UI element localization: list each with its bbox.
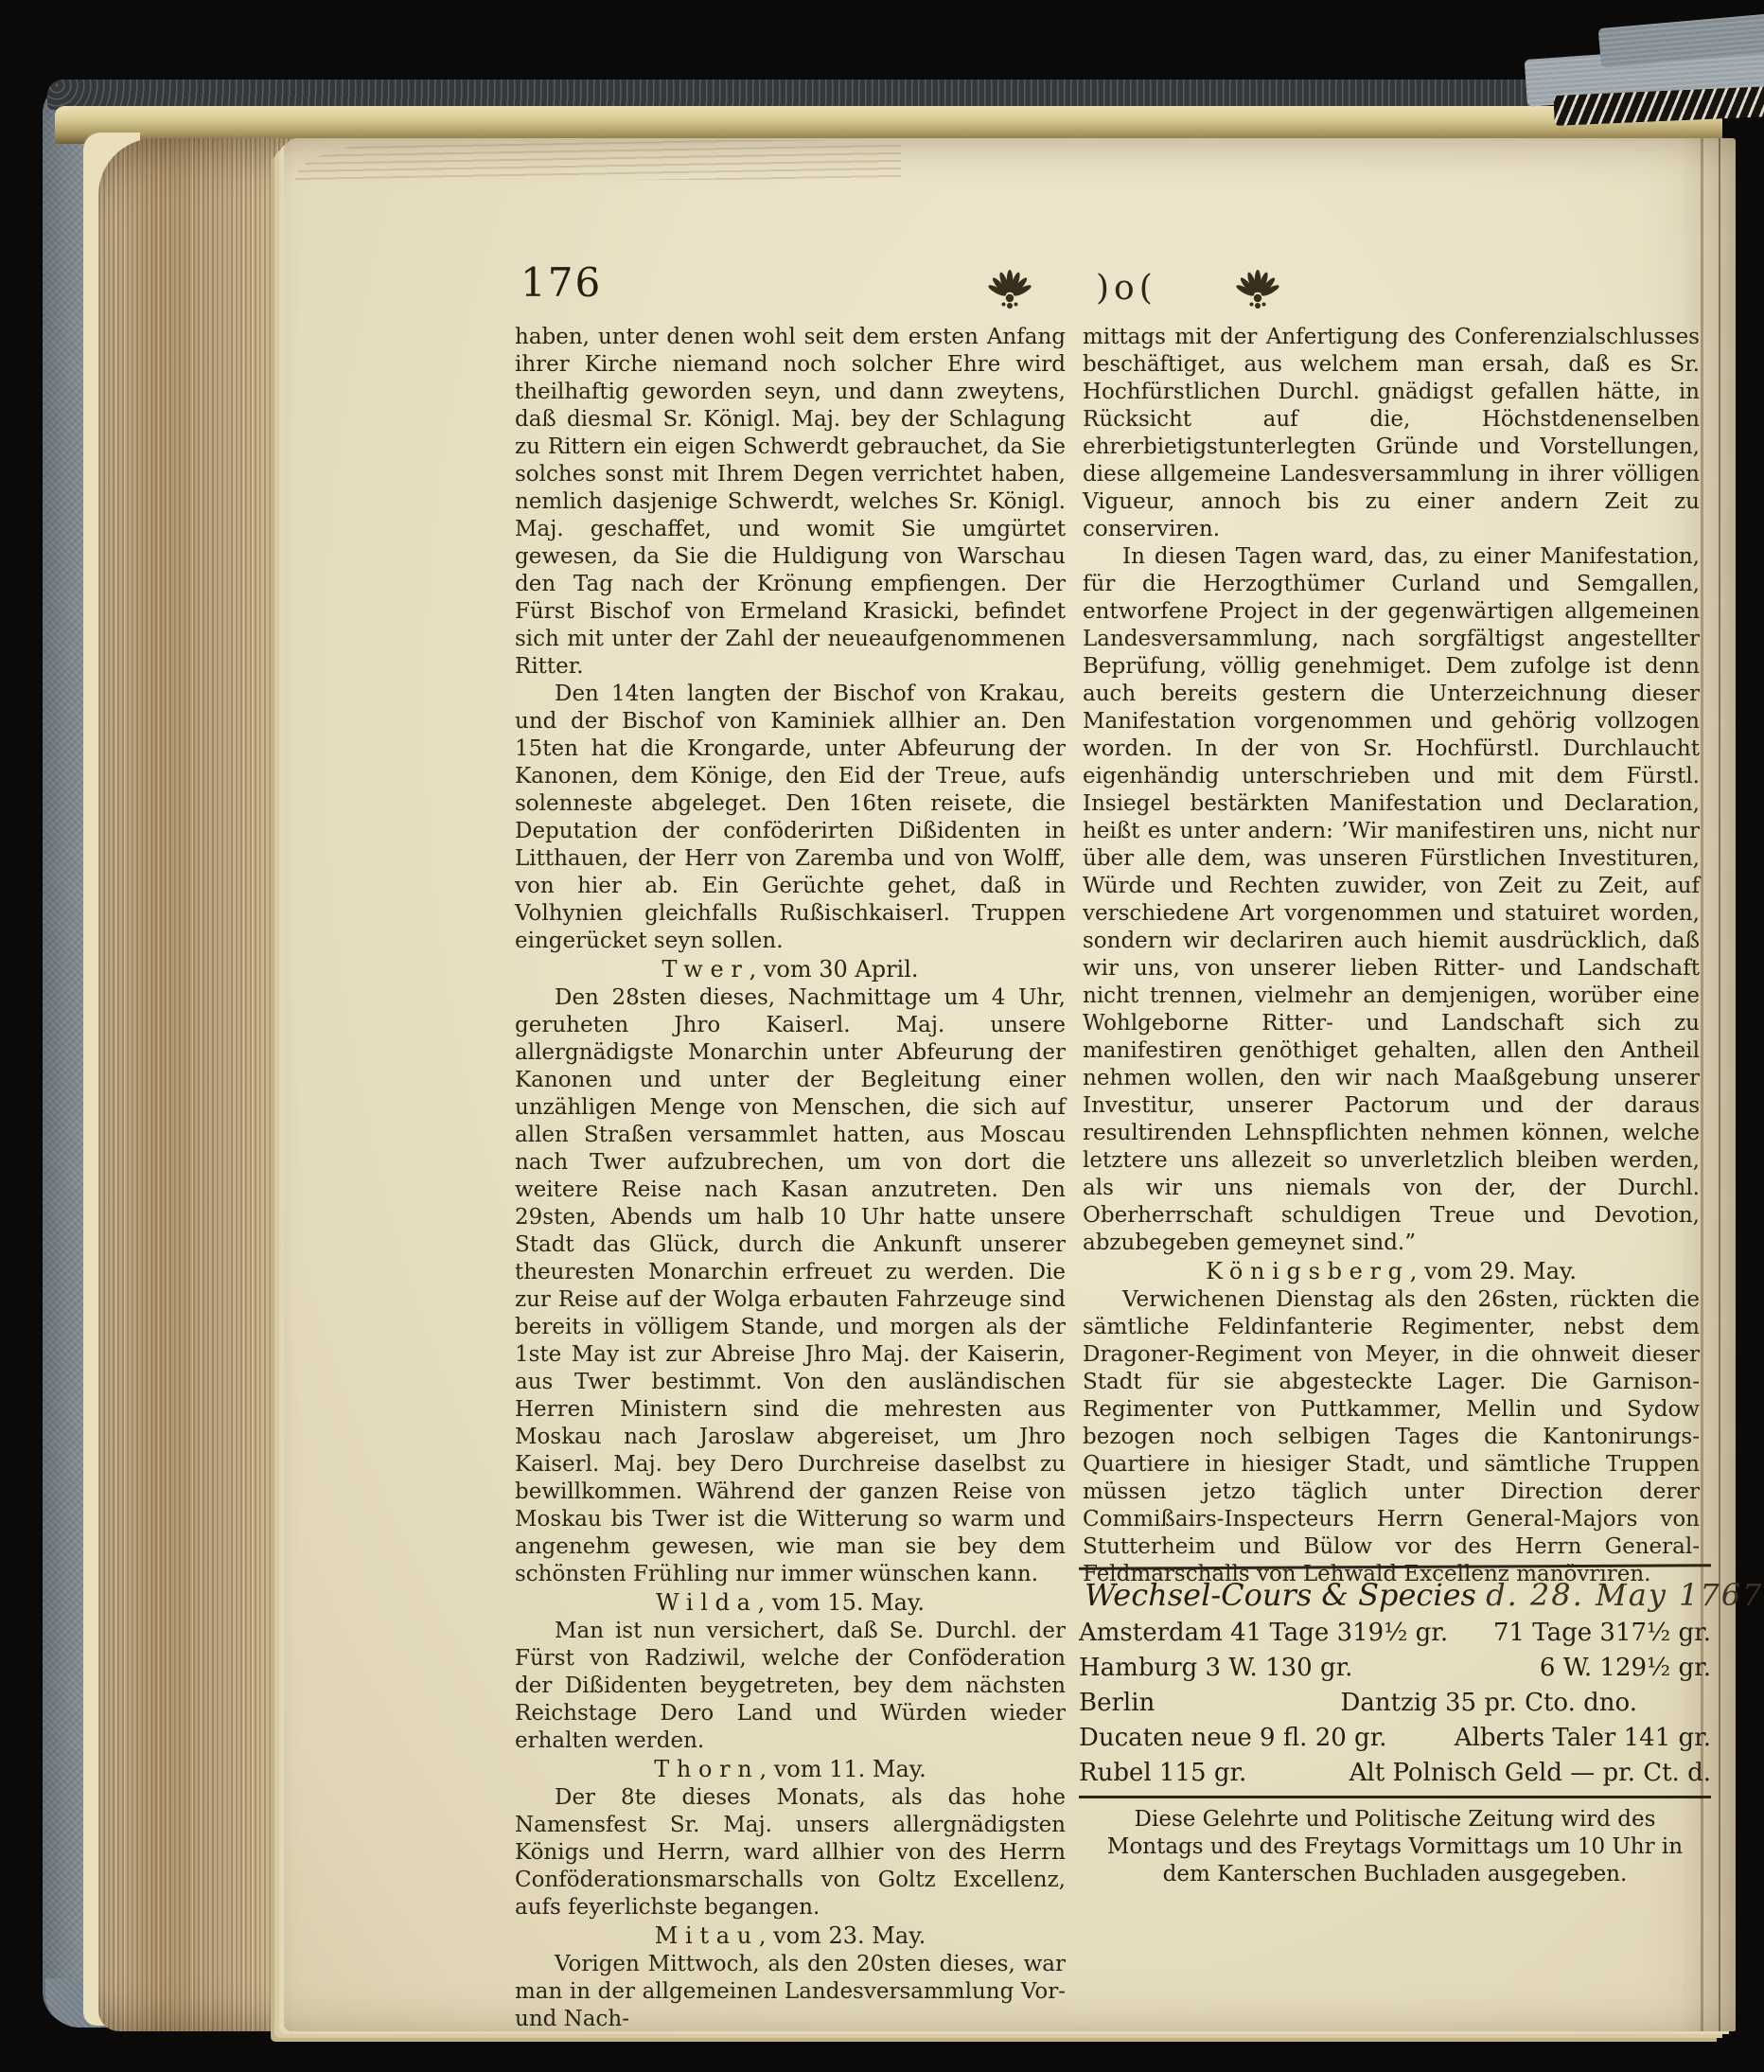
exchange-cell: Alt Polnisch Geld — pr. Ct. d. — [1349, 1756, 1711, 1791]
dateline-date: , vom 23. May. — [759, 1922, 926, 1949]
exchange-cell: Hamburg 3 W. 130 gr. — [1079, 1651, 1352, 1686]
dateline-city: Mitau — [655, 1922, 759, 1949]
paragraph: Den 28sten dieses, Nachmittage um 4 Uhr,… — [515, 984, 1066, 1588]
rule-divider — [1079, 1564, 1711, 1569]
exchange-row: BerlinDantzig 35 pr. Cto. dno. — [1079, 1686, 1711, 1721]
dateline-date: , vom 15. May. — [758, 1589, 925, 1616]
paragraph: Verwichenen Dienstag als den 26sten, rüc… — [1083, 1286, 1700, 1588]
paragraph: In diesen Tagen ward, das, zu einer Mani… — [1083, 543, 1700, 1257]
exchange-row: Amsterdam 41 Tage 319½ gr.71 Tage 317½ g… — [1079, 1616, 1711, 1651]
dateline-city: Königsberg — [1206, 1258, 1410, 1284]
exchange-row: Hamburg 3 W. 130 gr.6 W. 129½ gr. — [1079, 1651, 1711, 1686]
exchange-cell: 71 Tage 317½ gr. — [1493, 1616, 1711, 1651]
paragraph: Man ist nun versichert, daß Se. Durchl. … — [515, 1618, 1066, 1755]
exchange-title: Wechsel-Cours & Species d. 28. May 1767. — [1085, 1577, 1711, 1613]
exchange-row: Ducaten neue 9 fl. 20 gr.Alberts Taler 1… — [1079, 1721, 1711, 1756]
paragraph: mittags mit der Anfertigung des Conferen… — [1083, 324, 1700, 543]
dateline-date: , vom 11. May. — [759, 1756, 926, 1782]
exchange-cell: Dantzig 35 pr. Cto. dno. — [1341, 1686, 1637, 1721]
dateline-heading: Mitau, vom 23. May. — [515, 1921, 1066, 1951]
dateline-heading: Königsberg, vom 29. May. — [1083, 1257, 1700, 1286]
paragraph: Den 14ten langten der Bischof von Krakau… — [515, 681, 1066, 955]
exchange-cell: Berlin — [1079, 1686, 1155, 1721]
dateline-date: , vom 29. May. — [1410, 1258, 1577, 1284]
paragraph: Der 8te dieses Monats, als das hohe Name… — [515, 1784, 1066, 1921]
right-column: mittags mit der Anfertigung des Conferen… — [1083, 324, 1700, 1588]
exchange-row: Rubel 115 gr.Alt Polnisch Geld — pr. Ct.… — [1079, 1756, 1711, 1791]
dateline-date: , vom 30 April. — [750, 956, 919, 983]
shell-ornament-icon — [986, 269, 1033, 312]
dateline-city: Twer — [661, 956, 749, 983]
exchange-cell: Rubel 115 gr. — [1079, 1756, 1246, 1791]
exchange-rate-section: Wechsel-Cours & Species d. 28. May 1767.… — [1079, 1566, 1711, 1888]
left-column: haben, unter denen wohl seit dem ersten … — [515, 324, 1066, 2033]
dateline-heading: Wilda, vom 15. May. — [515, 1588, 1066, 1618]
shell-ornament-icon — [1234, 269, 1281, 312]
exchange-cell: 6 W. 129½ gr. — [1540, 1651, 1711, 1686]
page-top-curve — [295, 140, 901, 180]
exchange-cell: Alberts Taler 141 gr. — [1455, 1721, 1711, 1756]
dateline-heading: Twer, vom 30 April. — [515, 955, 1066, 984]
paragraph: haben, unter denen wohl seit dem ersten … — [515, 324, 1066, 681]
dateline-city: Wilda — [656, 1589, 758, 1616]
exchange-cell: Amsterdam 41 Tage 319½ gr. — [1079, 1616, 1448, 1651]
gutter-crease — [1719, 138, 1720, 2031]
exchange-title-date: d. 28. May 1767. — [1486, 1577, 1764, 1613]
paragraph: Vorigen Mittwoch, als den 20sten dieses,… — [515, 1951, 1066, 2033]
page-number: 176 — [520, 259, 602, 306]
page-stack-fore-edge — [98, 138, 312, 2031]
dateline-city: Thorn — [654, 1756, 759, 1782]
dateline-heading: Thorn, vom 11. May. — [515, 1755, 1066, 1784]
imprint-note: Diese Gelehrte und Politische Zeitung wi… — [1079, 1796, 1711, 1888]
parenthesis-ornament: )o( — [1096, 269, 1157, 308]
exchange-title-main: Wechsel-Cours & Species — [1085, 1577, 1476, 1613]
scanned-page: 176 )o( — [284, 138, 1736, 2031]
exchange-cell: Ducaten neue 9 fl. 20 gr. — [1079, 1721, 1387, 1756]
